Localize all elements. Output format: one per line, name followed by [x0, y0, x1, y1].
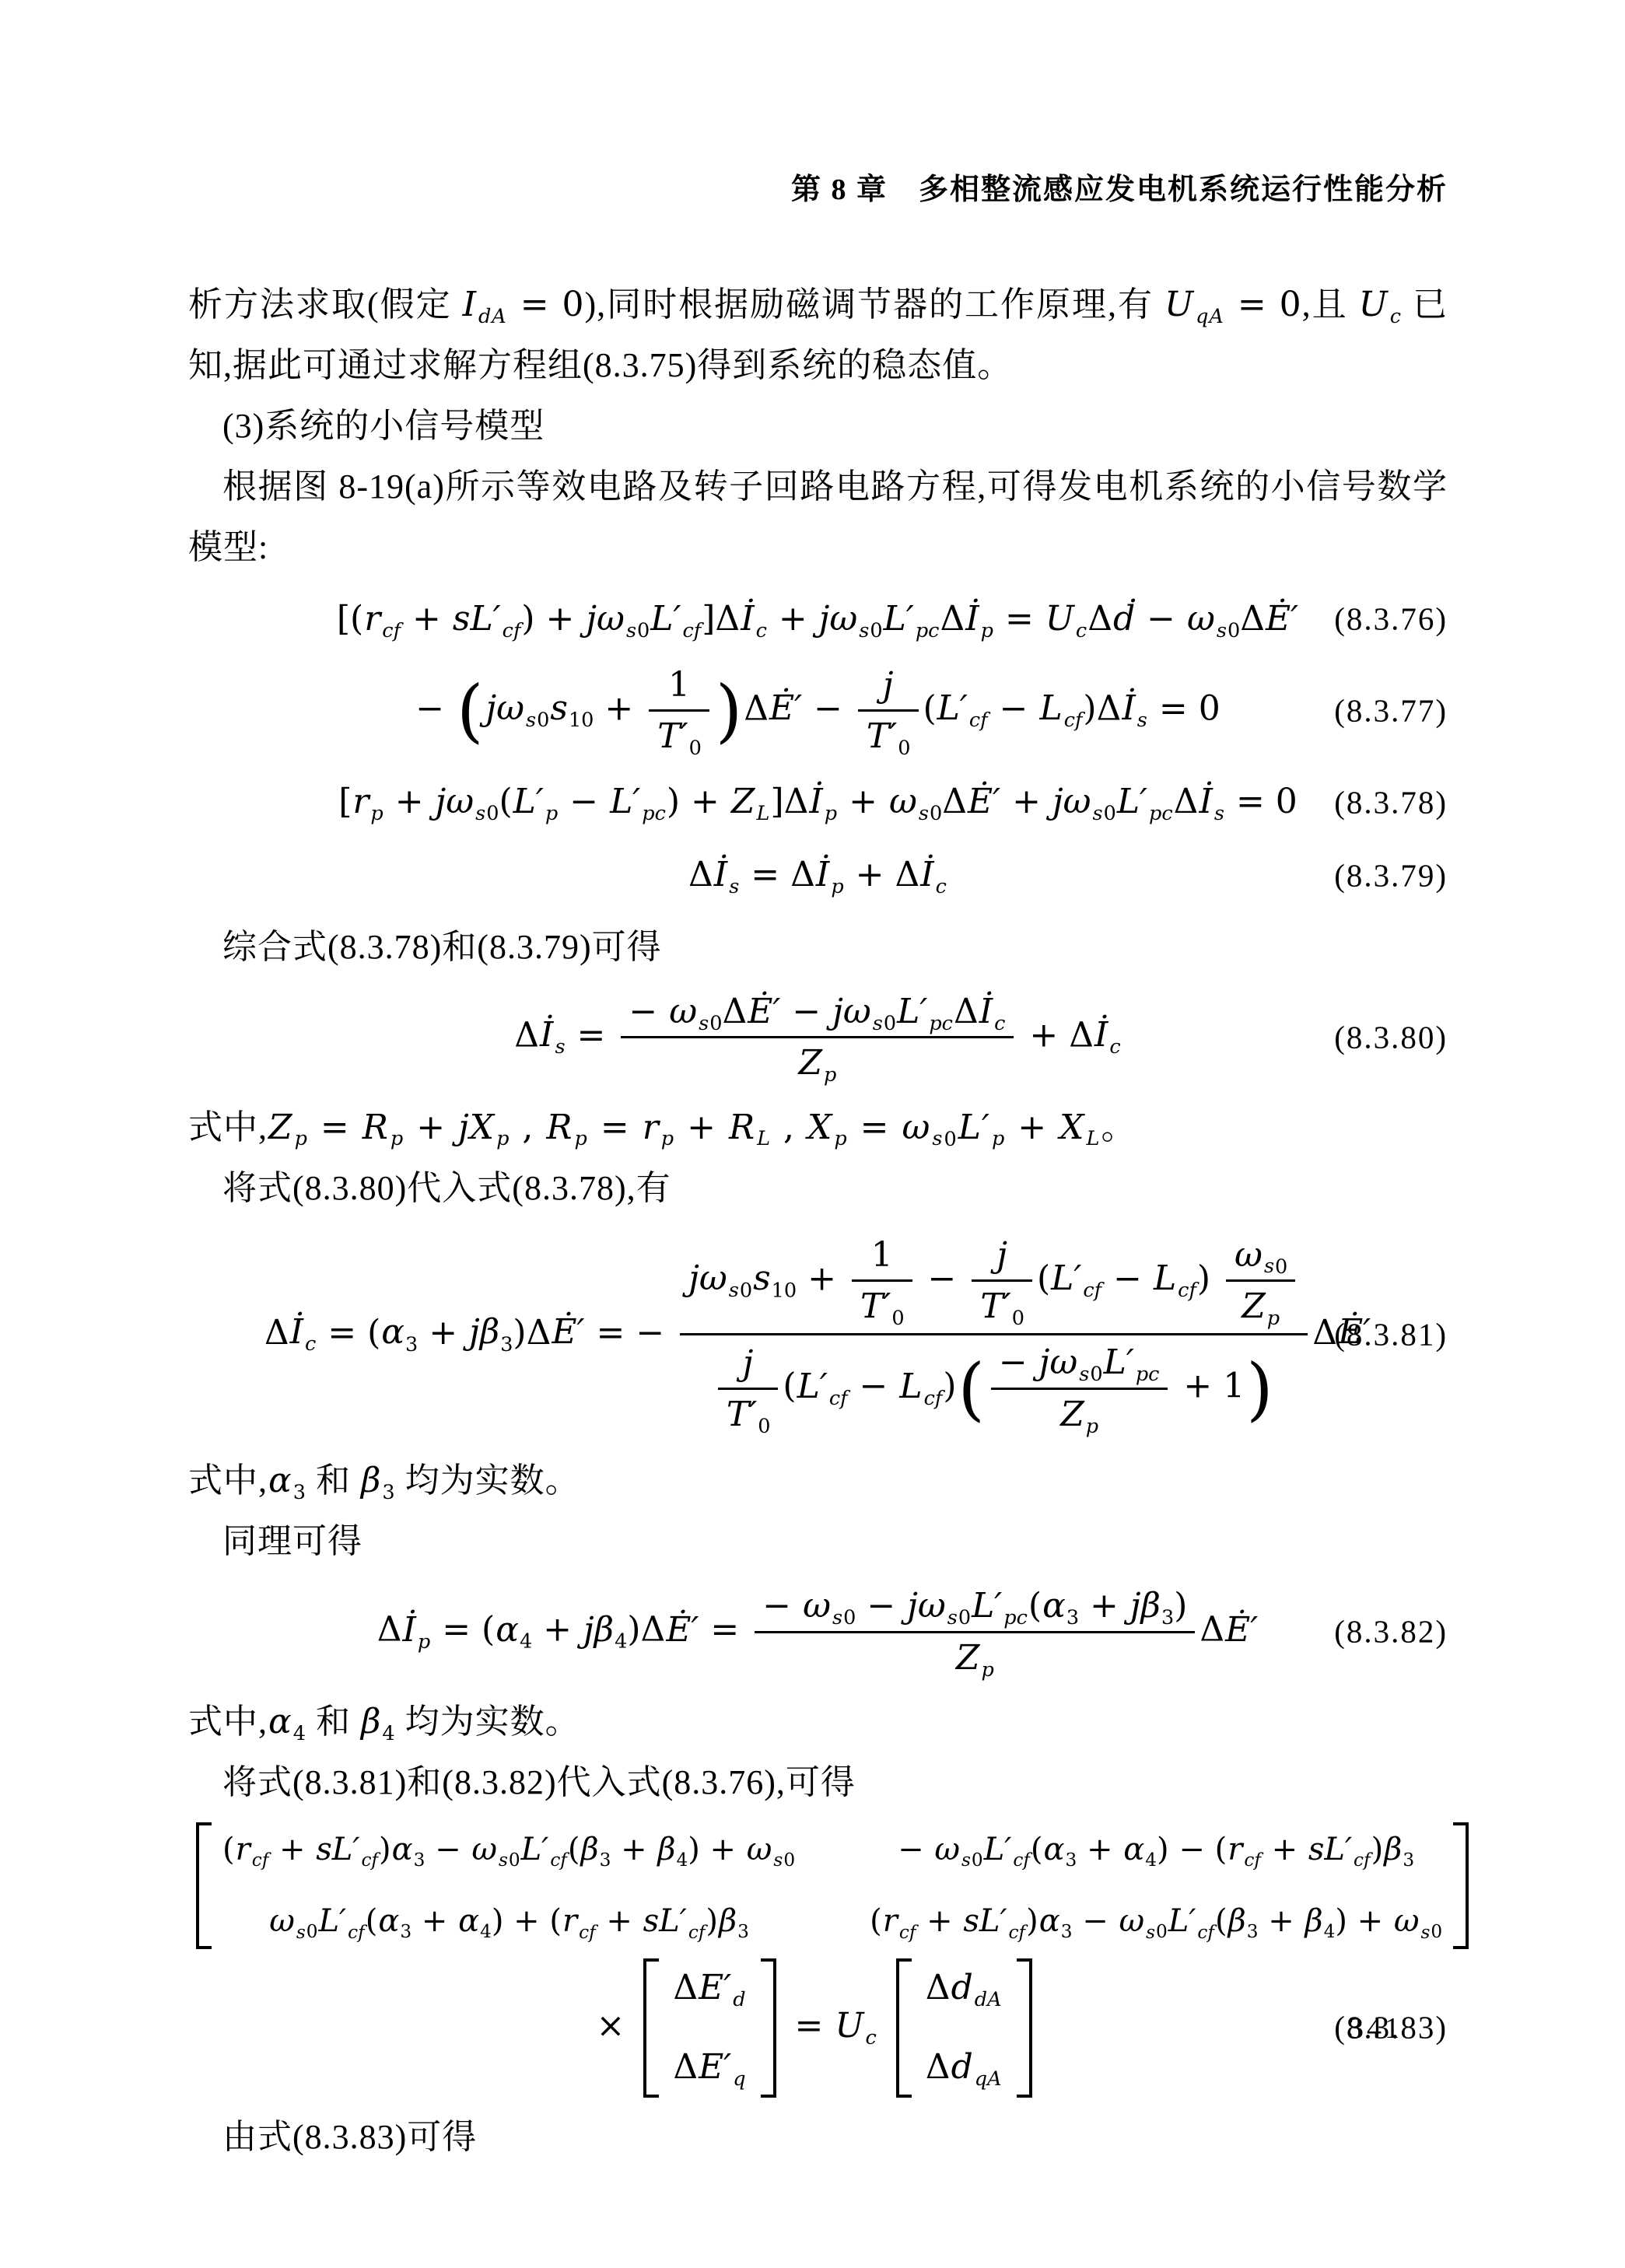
page-number: 341	[1349, 2011, 1403, 2046]
equation-display: (rcf + sL′cf)α3 − ωs0L′cf(β3 + β4) + ωs0…	[188, 1822, 1448, 1949]
text-run: (3)系统的小信号模型	[222, 407, 545, 445]
paragraph: 由式(8.3.83)可得	[188, 2107, 1448, 2168]
equation-display: [(rcf + sL′cf) + jωs0L′cf]Δİc + jωs0L′p…	[188, 587, 1448, 651]
inline-math: β4	[360, 1702, 396, 1741]
paragraph: 综合式(8.3.78)和(8.3.79)可得	[188, 917, 1448, 978]
text-run: 综合式(8.3.78)和(8.3.79)可得	[222, 928, 662, 966]
inline-math: IdA = 0	[462, 285, 585, 324]
inline-math: β3	[360, 1461, 396, 1500]
equation-display: Δİs = − ωs0ΔĖ′ − jωs0L′pcΔİcZp + Δİc…	[188, 987, 1448, 1088]
text-run: ,且	[1302, 285, 1358, 324]
equation-math: Δİc = (α3 + jβ3)ΔĖ′ = − jωs0s10 + 1T′0…	[264, 1228, 1371, 1442]
text-run: 均为实数。	[396, 1461, 580, 1500]
equation-display: Δİs = Δİp + Δİc(8.3.79)	[188, 844, 1448, 908]
equation-display: Δİc = (α3 + jβ3)ΔĖ′ = − jωs0s10 + 1T′0…	[188, 1228, 1448, 1442]
running-header: 第 8 章 多相整流感应发电机系统运行性能分析	[188, 165, 1448, 208]
text-run: 式中,	[188, 1108, 268, 1146]
text-run: 同理可得	[222, 1522, 362, 1560]
text-run: 根据图 8-19(a)所示等效电路及转子回路电路方程,可得发电机系统的小信号数学…	[188, 467, 1448, 566]
equation-display: − (jωs0s10 + 1T′0)ΔĖ′ − jT′0(L′cf − Lcf…	[188, 660, 1448, 761]
paragraph: 析方法求取(假定 IdA = 0),同时根据励磁调节器的工作原理,有 UqA =…	[188, 275, 1448, 396]
equation-display: Δİp = (α4 + jβ4)ΔĖ′ = − ωs0 − jωs0L′pc…	[188, 1581, 1448, 1682]
paragraph: 将式(8.3.80)代入式(8.3.78),有	[188, 1158, 1448, 1219]
text-run: 均为实数。	[396, 1703, 580, 1741]
text-run: 。	[1101, 1108, 1136, 1146]
equation-number: (8.3.79)	[1334, 856, 1448, 895]
paragraph: 式中,Zp = Rp + jXp , Rp = rp + RL , Xp = ω…	[188, 1097, 1448, 1158]
page-content: 析方法求取(假定 IdA = 0),同时根据励磁调节器的工作原理,有 UqA =…	[188, 275, 1448, 2168]
paragraph: (3)系统的小信号模型	[188, 396, 1448, 457]
equation-math: [rp + jωs0(L′p − L′pc) + ZL]Δİp + ωs0ΔE…	[338, 780, 1298, 824]
equation-math: Δİp = (α4 + jβ4)ΔĖ′ = − ωs0 − jωs0L′pc…	[377, 1581, 1259, 1682]
paragraph: 式中,α4 和 β4 均为实数。	[188, 1692, 1448, 1752]
paragraph: 式中,α3 和 β3 均为实数。	[188, 1451, 1448, 1511]
equation-number: (8.3.81)	[1334, 1314, 1448, 1354]
text-run: 和	[306, 1703, 360, 1741]
inline-math: α3	[268, 1461, 306, 1500]
equation-number: (8.3.78)	[1334, 782, 1448, 822]
inline-math: Zp = Rp + jXp , Rp = rp + RL , Xp = ωs0L…	[268, 1108, 1101, 1147]
paragraph: 同理可得	[188, 1511, 1448, 1572]
equation-math: (rcf + sL′cf)α3 − ωs0L′cf(β3 + β4) + ωs0…	[188, 1822, 1448, 1949]
equation-number: (8.3.76)	[1334, 599, 1448, 639]
inline-math: UqA = 0	[1164, 285, 1302, 324]
book-page: 第 8 章 多相整流感应发电机系统运行性能分析 析方法求取(假定 IdA = 0…	[0, 0, 1625, 2268]
equation-math: − (jωs0s10 + 1T′0)ΔĖ′ − jT′0(L′cf − Lcf…	[415, 660, 1220, 761]
text-run: 式中,	[188, 1461, 268, 1500]
text-run: 由式(8.3.83)可得	[222, 2118, 477, 2156]
text-run: 和	[306, 1461, 360, 1500]
equation-number: (8.3.82)	[1334, 1612, 1448, 1652]
paragraph: 将式(8.3.81)和(8.3.82)代入式(8.3.76),可得	[188, 1752, 1448, 1813]
equation-math: × ΔE′dΔE′q = Uc ΔddAΔdqA	[596, 1958, 1039, 2098]
equation-display: × ΔE′dΔE′q = Uc ΔddAΔdqA(8.3.83)	[188, 1958, 1448, 2098]
text-run: 将式(8.3.80)代入式(8.3.78),有	[222, 1169, 671, 1207]
equation-number: (8.3.80)	[1334, 1017, 1448, 1057]
inline-math: α4	[268, 1702, 306, 1741]
equation-display: [rp + jωs0(L′p − L′pc) + ZL]Δİp + ωs0ΔE…	[188, 771, 1448, 835]
equation-math: Δİs = Δİp + Δİc	[688, 853, 947, 897]
paragraph: 根据图 8-19(a)所示等效电路及转子回路电路方程,可得发电机系统的小信号数学…	[188, 457, 1448, 578]
equation-number: (8.3.77)	[1334, 691, 1448, 730]
text-run: 将式(8.3.81)和(8.3.82)代入式(8.3.76),可得	[222, 1763, 856, 1801]
equation-math: Δİs = − ωs0ΔĖ′ − jωs0L′pcΔİcZp + Δİc	[514, 987, 1121, 1088]
text-run: 式中,	[188, 1703, 268, 1741]
text-run: ),同时根据励磁调节器的工作原理,有	[585, 285, 1164, 324]
equation-math: [(rcf + sL′cf) + jωs0L′cf]Δİc + jωs0L′p…	[337, 597, 1299, 641]
inline-math: Uc	[1358, 285, 1403, 324]
text-run: 析方法求取(假定	[188, 285, 462, 324]
